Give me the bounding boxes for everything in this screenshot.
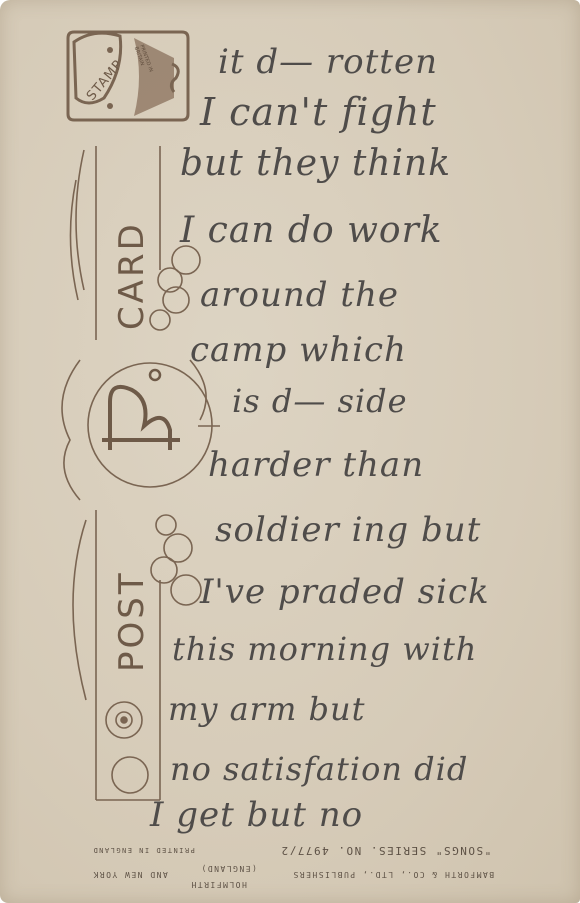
postcard-back: STAMP PRINTED IN BRITAIN: [0, 0, 580, 903]
message-line: it d— rotten: [218, 42, 438, 82]
message-line: no satisfation did: [170, 750, 468, 788]
message-line: harder than: [208, 445, 424, 485]
publisher-newyork-label: AND NEW YORK: [92, 870, 168, 879]
message-line: soldier ing but: [215, 510, 481, 550]
publisher-town-label: HOLMFIRTH: [190, 880, 247, 889]
printed-in-england-label: PRINTED IN ENGLAND: [92, 846, 195, 854]
message-line: is d— side: [232, 382, 408, 420]
message-line: camp which: [190, 330, 407, 370]
message-line: around the: [200, 275, 399, 315]
message-line: I've praded sick: [200, 572, 490, 612]
message-line: I get but no: [150, 795, 363, 835]
series-number-label: "SONGS" SERIES. NO. 4977/2: [280, 844, 491, 857]
post-title: POST: [112, 570, 152, 672]
stamp-box: STAMP PRINTED IN BRITAIN: [64, 28, 192, 124]
message-line: this morning with: [172, 630, 477, 668]
card-title: CARD: [112, 221, 152, 330]
message-line: my arm but: [168, 690, 365, 728]
message-line: I can do work: [180, 210, 443, 251]
publisher-label: BAMFORTH & CO., LTD., PUBLISHERS: [292, 870, 494, 879]
stamp-ornament-icon: [64, 28, 192, 124]
publisher-country-label: (ENGLAND): [200, 864, 257, 873]
message-line: I can't fight: [200, 90, 437, 134]
message-line: but they think: [180, 143, 451, 184]
